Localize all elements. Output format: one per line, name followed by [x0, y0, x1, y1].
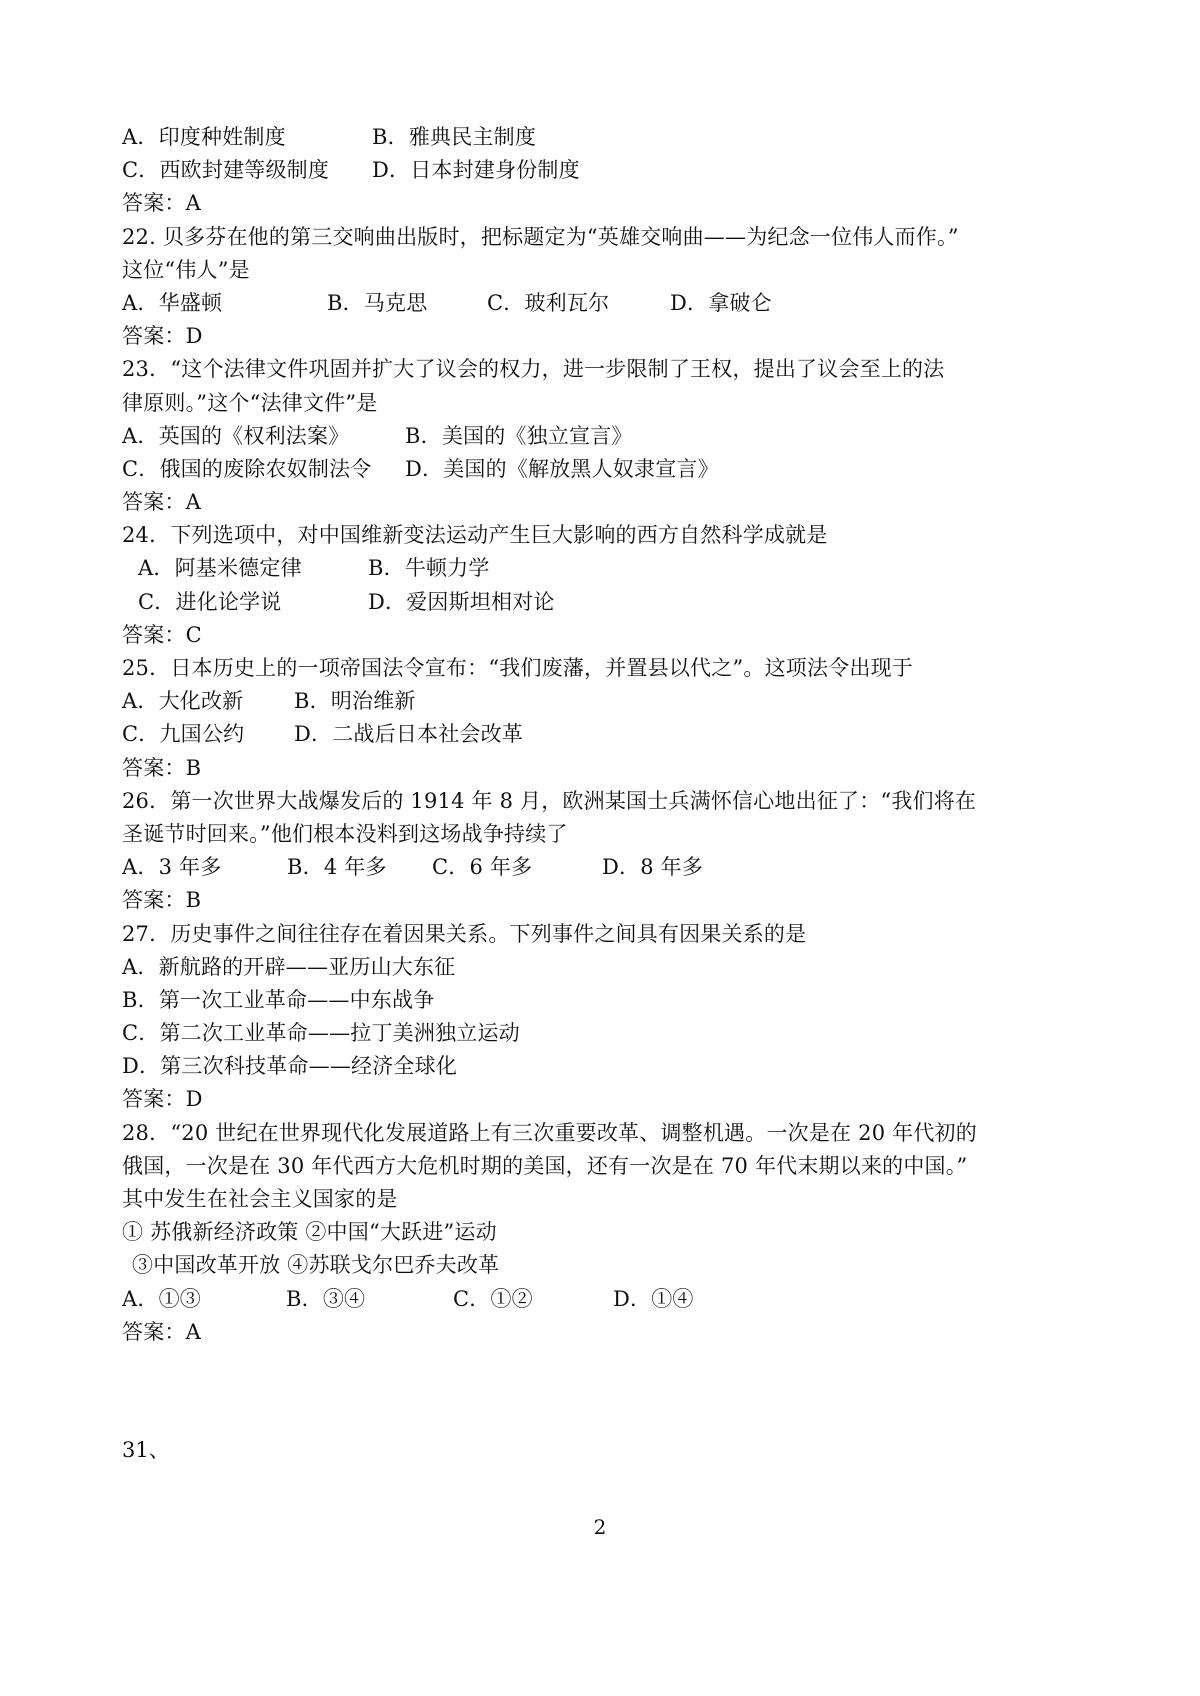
- option-row: A．华盛顿 B．马克思 C．玻利瓦尔 D．拿破仑: [122, 287, 1082, 320]
- option-b: B．雅典民主制度: [372, 121, 536, 154]
- option-d: D．二战后日本社会改革: [294, 718, 523, 751]
- question-26: 26．第一次世界大战爆发后的 1914 年 8 月，欧洲某国士兵满怀信心地出征了…: [122, 785, 1082, 918]
- option-a: A．华盛顿: [122, 287, 327, 320]
- option-row: A．大化改新 B．明治维新: [122, 685, 1082, 718]
- option-row: C．九国公约 D．二战后日本社会改革: [122, 718, 1082, 751]
- question-27: 27．历史事件之间往往存在着因果关系。下列事件之间具有因果关系的是 A．新航路的…: [122, 918, 1082, 1117]
- option-d: D．①④: [613, 1283, 694, 1316]
- option-d: D．第三次科技革命——经济全球化: [122, 1050, 1082, 1083]
- option-b: B．美国的《独立宣言》: [405, 420, 633, 453]
- option-c: C．俄国的废除农奴制法令: [122, 453, 405, 486]
- option-row: A．英国的《权利法案》 B．美国的《独立宣言》: [122, 420, 1082, 453]
- question-28: 28．“20 世纪在世界现代化发展道路上有三次重要改革、调整机遇。一次是在 20…: [122, 1117, 1082, 1349]
- question-stem: 俄国，一次是在 30 年代西方大危机时期的美国，还有一次是在 70 年代末期以来…: [122, 1150, 1082, 1183]
- option-a: A．3 年多: [122, 851, 287, 884]
- option-row: A．印度种姓制度 B．雅典民主制度: [122, 121, 1082, 154]
- question-stem: 其中发生在社会主义国家的是: [122, 1183, 1082, 1216]
- answer: 答案：A: [122, 1316, 1082, 1349]
- answer: 答案：D: [122, 320, 1082, 353]
- option-b: B．牛顿力学: [368, 552, 490, 585]
- option-row: A．3 年多 B．4 年多 C．6 年多 D．8 年多: [122, 851, 1082, 884]
- question-stem: 28．“20 世纪在世界现代化发展道路上有三次重要改革、调整机遇。一次是在 20…: [122, 1117, 1082, 1150]
- option-c: C．西欧封建等级制度: [122, 154, 372, 187]
- option-d: D．8 年多: [602, 851, 703, 884]
- option-a: A．①③: [122, 1283, 286, 1316]
- question-stem: 23．“这个法律文件巩固并扩大了议会的权力，进一步限制了王权，提出了议会至上的法: [122, 353, 1082, 386]
- page-number: 2: [0, 1513, 1200, 1541]
- option-row: C．俄国的废除农奴制法令 D．美国的《解放黑人奴隶宣言》: [122, 453, 1082, 486]
- question-22: 22. 贝多芬在他的第三交响曲出版时，把标题定为“英雄交响曲——为纪念一位伟人而…: [122, 221, 1082, 354]
- option-c: C．6 年多: [432, 851, 602, 884]
- option-d: D．美国的《解放黑人奴隶宣言》: [405, 453, 719, 486]
- question-stem: 24．下列选项中，对中国维新变法运动产生巨大影响的西方自然科学成就是: [122, 519, 1082, 552]
- document-page: A．印度种姓制度 B．雅典民主制度 C．西欧封建等级制度 D．日本封建身份制度 …: [122, 121, 1082, 1349]
- option-b: B．③④: [286, 1283, 453, 1316]
- option-b: B．第一次工业革命——中东战争: [122, 984, 1082, 1017]
- option-d: D．拿破仑: [670, 287, 772, 320]
- question-21: A．印度种姓制度 B．雅典民主制度 C．西欧封建等级制度 D．日本封建身份制度 …: [122, 121, 1082, 221]
- option-row: A．阿基米德定律 B．牛顿力学: [122, 552, 1082, 585]
- option-row: A．①③ B．③④ C．①② D．①④: [122, 1283, 1082, 1316]
- option-c: C．九国公约: [122, 718, 294, 751]
- option-a: A．阿基米德定律: [138, 552, 368, 585]
- option-c: C．玻利瓦尔: [487, 287, 670, 320]
- option-a: A．英国的《权利法案》: [122, 420, 405, 453]
- question-23: 23．“这个法律文件巩固并扩大了议会的权力，进一步限制了王权，提出了议会至上的法…: [122, 353, 1082, 519]
- question-stem: 圣诞节时回来。”他们根本没料到这场战争持续了: [122, 818, 1082, 851]
- question-stem: 27．历史事件之间往往存在着因果关系。下列事件之间具有因果关系的是: [122, 918, 1082, 951]
- section-label-31: 31、: [122, 1434, 170, 1467]
- option-c: C．进化论学说: [138, 586, 368, 619]
- question-stem: 律原则。”这个“法律文件”是: [122, 387, 1082, 420]
- answer: 答案：C: [122, 619, 1082, 652]
- option-d: D．爱因斯坦相对论: [368, 586, 555, 619]
- question-stem: 26．第一次世界大战爆发后的 1914 年 8 月，欧洲某国士兵满怀信心地出征了…: [122, 785, 1082, 818]
- answer: 答案：A: [122, 486, 1082, 519]
- option-b: B．4 年多: [287, 851, 432, 884]
- option-row: C．西欧封建等级制度 D．日本封建身份制度: [122, 154, 1082, 187]
- answer: 答案：A: [122, 187, 1082, 220]
- answer: 答案：D: [122, 1083, 1082, 1116]
- question-stem: 22. 贝多芬在他的第三交响曲出版时，把标题定为“英雄交响曲——为纪念一位伟人而…: [122, 221, 1082, 254]
- question-25: 25．日本历史上的一项帝国法令宣布：“我们废藩，并置县以代之”。这项法令出现于 …: [122, 652, 1082, 785]
- option-c: C．①②: [453, 1283, 613, 1316]
- statement-list: ① 苏俄新经济政策 ②中国“大跃进”运动: [122, 1216, 1082, 1249]
- answer: 答案：B: [122, 752, 1082, 785]
- answer: 答案：B: [122, 884, 1082, 917]
- option-c: C．第二次工业革命——拉丁美洲独立运动: [122, 1017, 1082, 1050]
- question-24: 24．下列选项中，对中国维新变法运动产生巨大影响的西方自然科学成就是 A．阿基米…: [122, 519, 1082, 652]
- option-b: B．明治维新: [294, 685, 416, 718]
- option-row: C．进化论学说 D．爱因斯坦相对论: [122, 586, 1082, 619]
- option-a: A．大化改新: [122, 685, 294, 718]
- question-stem: 25．日本历史上的一项帝国法令宣布：“我们废藩，并置县以代之”。这项法令出现于: [122, 652, 1082, 685]
- option-a: A．印度种姓制度: [122, 121, 372, 154]
- statement-list: ③中国改革开放 ④苏联戈尔巴乔夫改革: [122, 1249, 1082, 1282]
- question-stem: 这位“伟人”是: [122, 254, 1082, 287]
- option-d: D．日本封建身份制度: [372, 154, 580, 187]
- option-a: A．新航路的开辟——亚历山大东征: [122, 951, 1082, 984]
- option-b: B．马克思: [327, 287, 487, 320]
